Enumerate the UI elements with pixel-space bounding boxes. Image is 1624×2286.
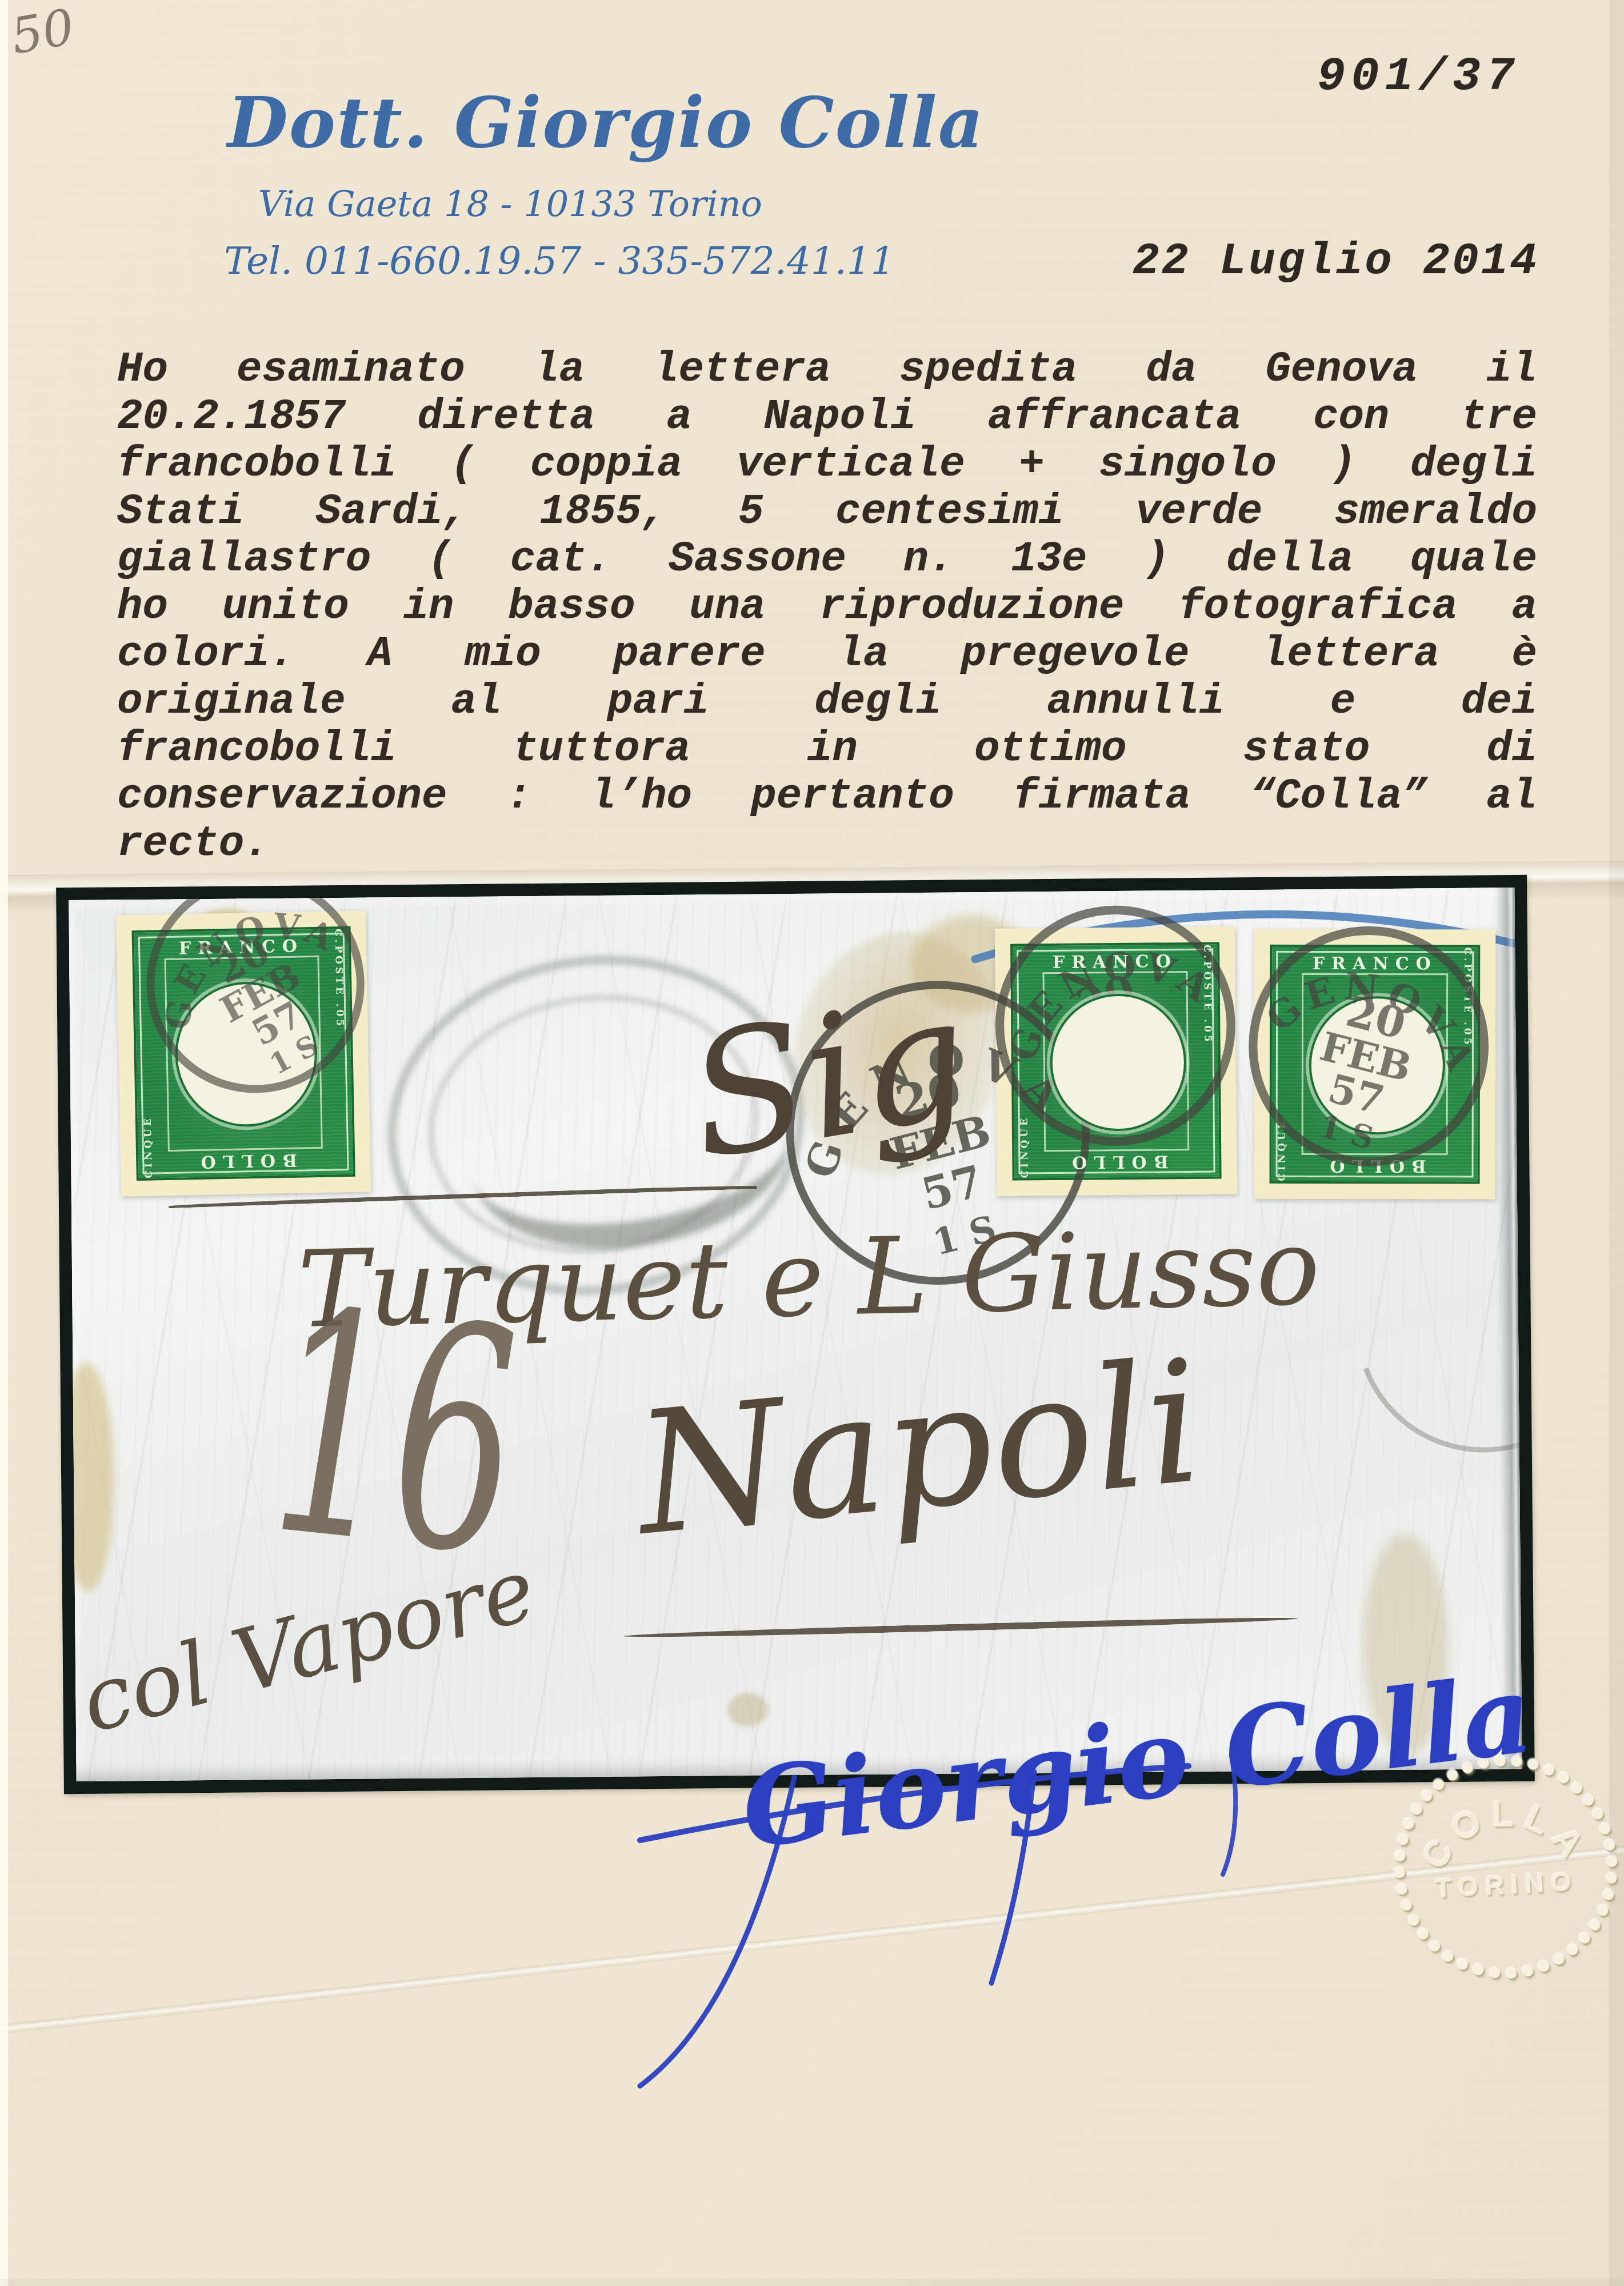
stamp-center-oval [1309, 996, 1445, 1134]
seal-city: TORINO [1434, 1866, 1578, 1903]
seal-name: COLLA [1410, 1788, 1598, 1879]
body-line: conservazione : l’ho pertanto firmata “C… [117, 773, 1537, 821]
letterhead-phone: Tel. 011-660.19.57 - 335-572.41.11 [224, 239, 895, 283]
handwritten-number: 16 [267, 1276, 521, 1593]
stamp-pair-left: FRANCO CINQUE C.POSTE .05 BOLLO [995, 926, 1237, 1196]
scan-edge [0, 0, 8, 2286]
certificate-page: 50 901/37 Dott. Giorgio Colla Via Gaeta … [0, 0, 1624, 2286]
body-line: Ho esaminato la lettera spedita da Genov… [117, 346, 1537, 394]
body-line: giallastro ( cat. Sassone n. 13e ) della… [117, 536, 1537, 584]
body-line: francobolli ( coppia verticale + singolo… [117, 441, 1537, 489]
stamp-label-poste: C.POSTE .05 [1462, 947, 1474, 1181]
body-line: colori. A mio parere la pregevole letter… [117, 631, 1537, 678]
stain [727, 1693, 769, 1727]
body-line: recto. [117, 821, 1537, 868]
stamp-single: FRANCO CINQUE C.POSTE .05 BOLLO [116, 910, 371, 1196]
certificate-body: Ho esaminato la lettera spedita da Genov… [117, 346, 1537, 868]
destination-underline [624, 1615, 1298, 1640]
postmark-year: 57 [916, 1155, 987, 1220]
cover-letter: FRANCO CINQUE C.POSTE .05 BOLLO FRANCO C… [69, 888, 1522, 1781]
stamp-label-franco: FRANCO [134, 936, 349, 960]
stamp-label-bollo: BOLLO [1272, 1156, 1478, 1176]
stamp-label-bollo: BOLLO [1014, 1151, 1219, 1173]
pencil-annotation: 50 [7, 0, 78, 66]
stamp-center-oval [1050, 993, 1186, 1131]
stamp-label-franco: FRANCO [1272, 954, 1478, 974]
handwritten-destination: Napoli [629, 1324, 1210, 1573]
stain [69, 1362, 115, 1592]
body-line: ho unito in basso una riproduzione fotog… [117, 584, 1537, 631]
stamp-label-franco: FRANCO [1013, 952, 1217, 973]
body-line: originale al pari degli annulli e dei [117, 678, 1537, 726]
stamp-label-cinque: CINQUE [139, 933, 155, 1178]
stamp-label-poste: C.POSTE .05 [333, 929, 349, 1174]
stamp-design: FRANCO CINQUE C.POSTE .05 BOLLO [1270, 945, 1481, 1184]
stamp-label-cinque: CINQUE [1017, 946, 1031, 1178]
stamp-pair-right: FRANCO CINQUE C.POSTE .05 BOLLO [1254, 929, 1496, 1200]
body-line: 20.2.1857 diretta a Napoli affrancata co… [117, 394, 1537, 441]
handwritten-salutation: Sig [676, 958, 982, 1197]
svg-text:COLLA: COLLA [1410, 1788, 1598, 1879]
scan-edge [0, 2279, 1624, 2286]
cover-photo: FRANCO CINQUE C.POSTE .05 BOLLO FRANCO C… [56, 875, 1535, 1794]
letterhead-name: Dott. Giorgio Colla [227, 81, 985, 163]
certificate-date: 22 Luglio 2014 [1133, 237, 1539, 287]
paper-fold-crease [0, 1841, 1624, 2037]
certificate-number: 901/37 [1317, 50, 1520, 103]
stamp-design: FRANCO CINQUE C.POSTE .05 BOLLO [1010, 942, 1222, 1180]
stamp-center-oval [174, 981, 318, 1128]
letterhead-address: Via Gaeta 18 - 10133 Torino [258, 183, 762, 225]
stamp-label-cinque: CINQUE [1277, 947, 1289, 1181]
stamp-label-bollo: BOLLO [138, 1149, 353, 1173]
body-line: Stati Sardi, 1855, 5 centesimi verde sme… [117, 489, 1537, 536]
letter-edge-shadow [1495, 888, 1522, 1769]
body-line: francobolli tuttora in ottimo stato di [117, 726, 1537, 773]
postmark-fragment [1314, 1155, 1522, 1494]
stamp-design: FRANCO CINQUE C.POSTE .05 BOLLO [132, 926, 355, 1181]
stamp-label-poste: C.POSTE .05 [1201, 945, 1215, 1177]
